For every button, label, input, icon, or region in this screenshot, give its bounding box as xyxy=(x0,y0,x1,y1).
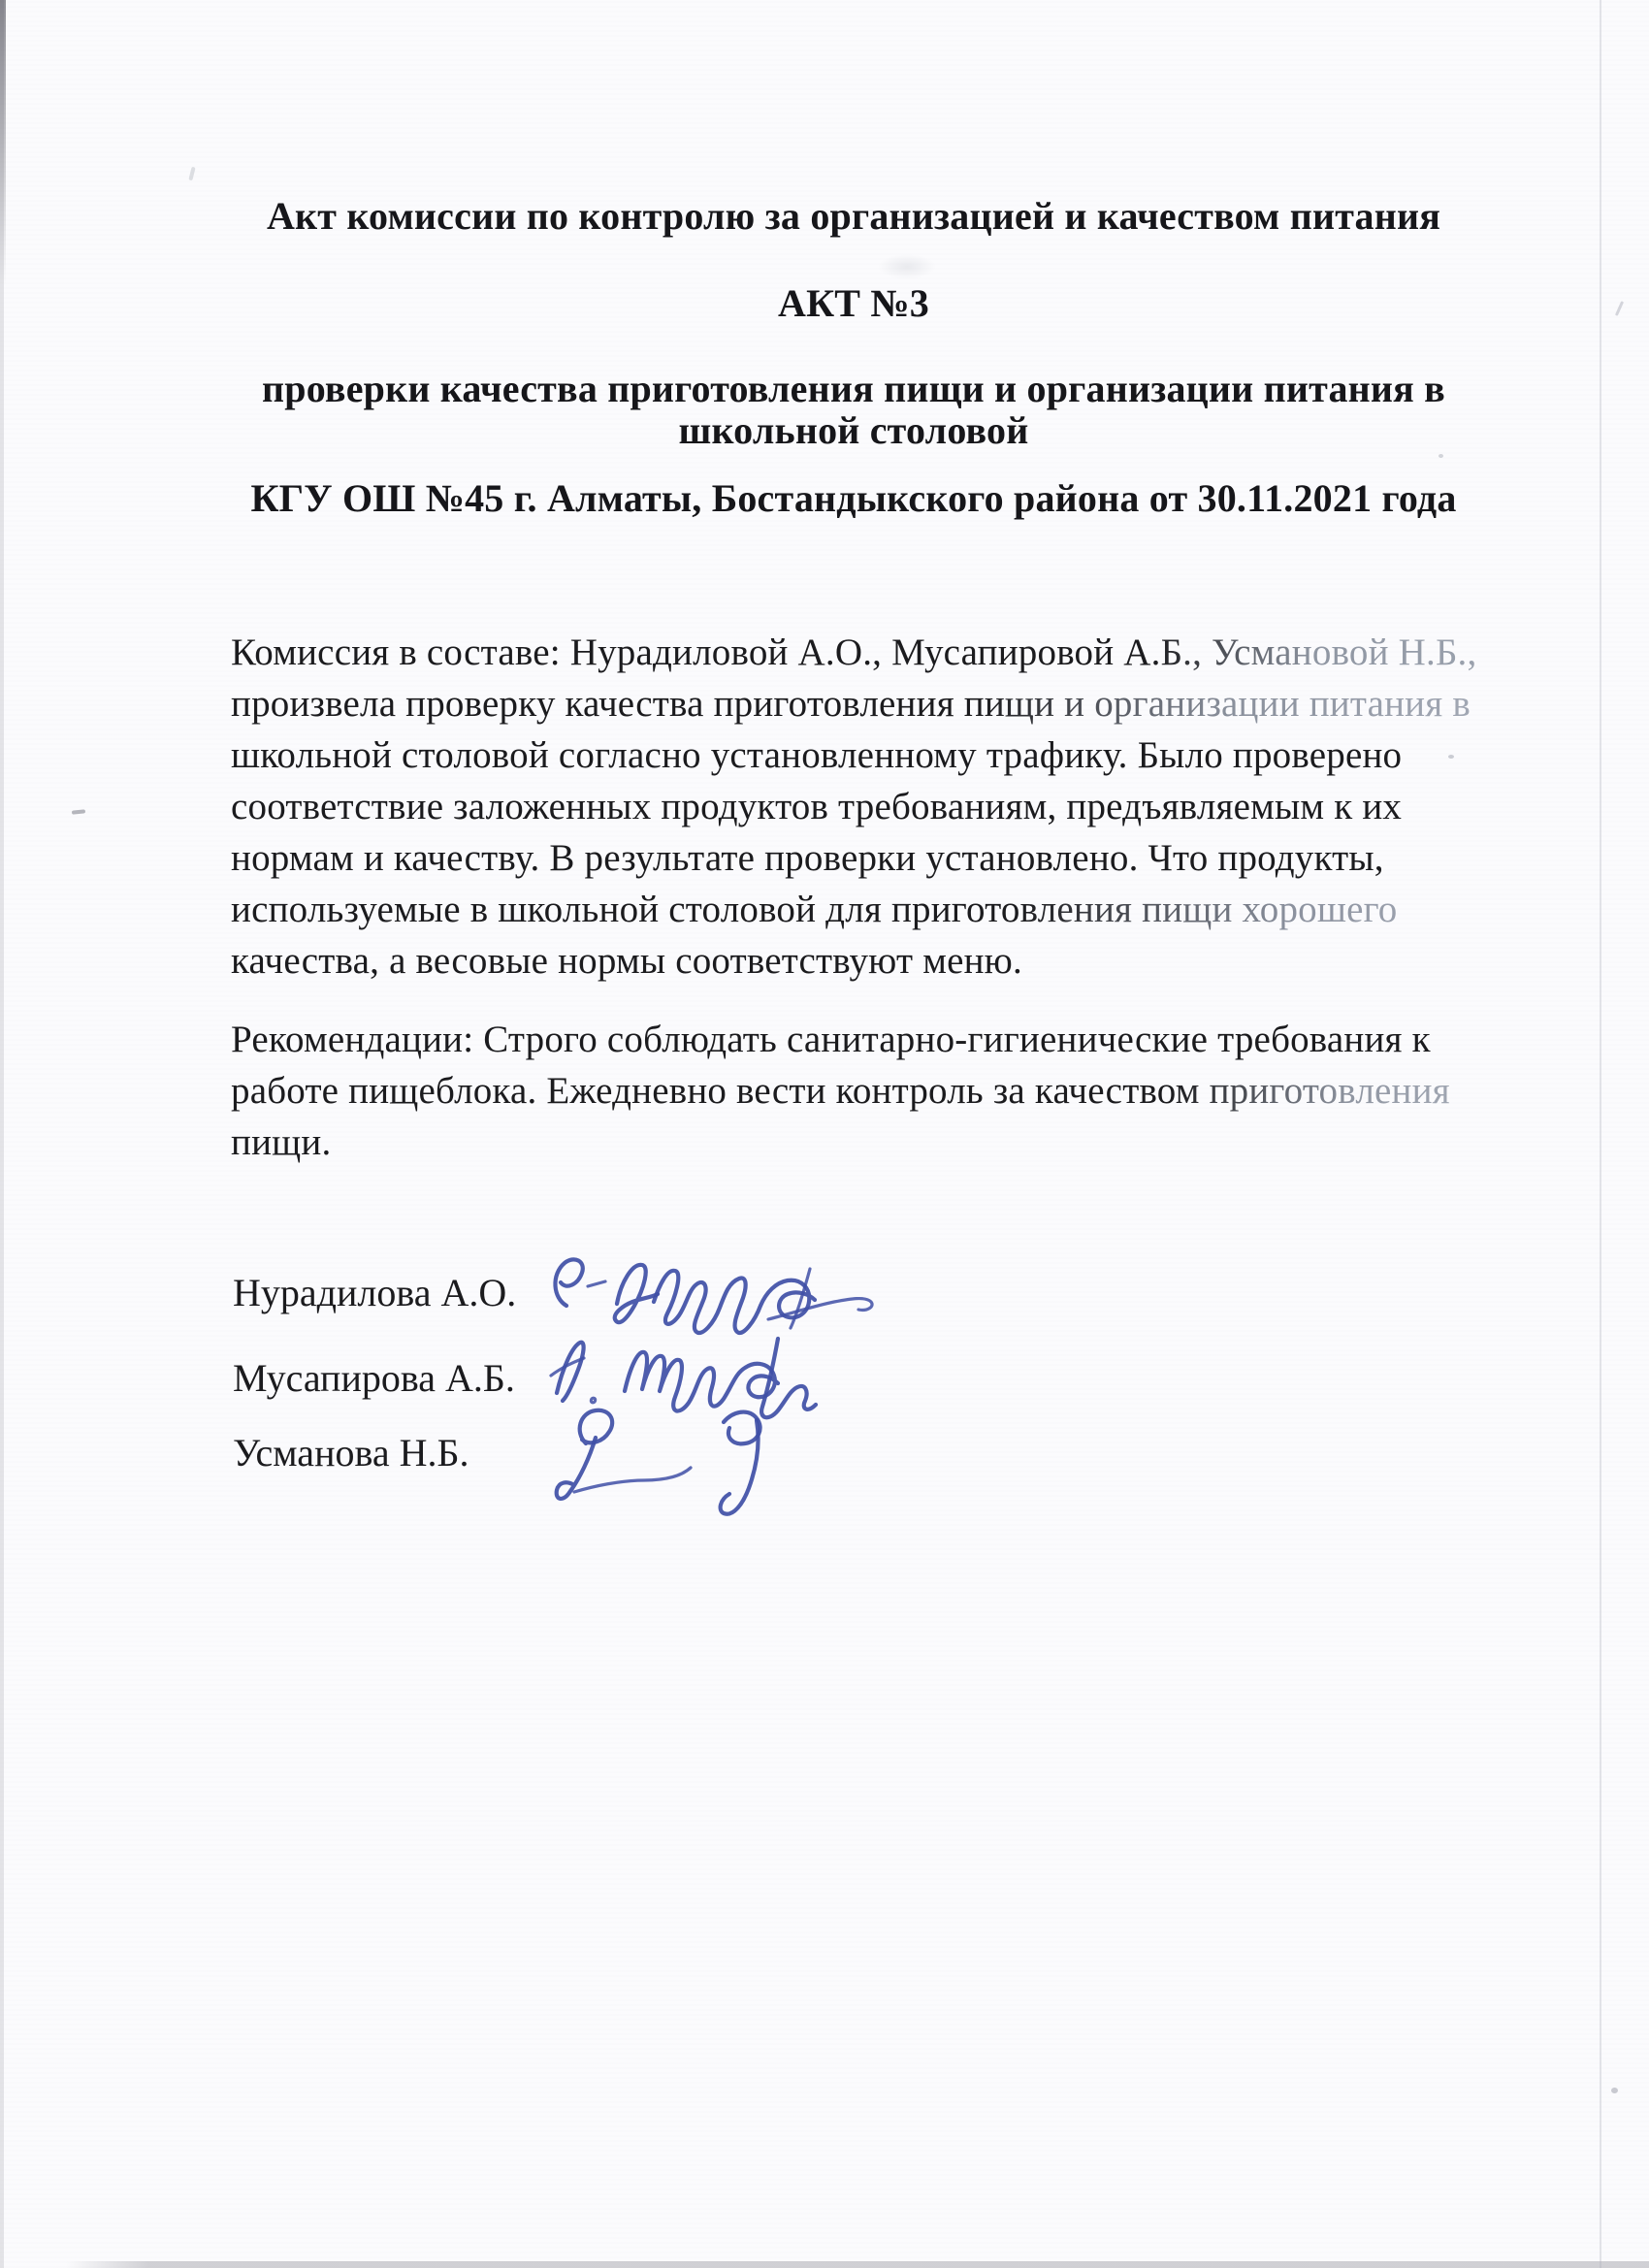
body-line: качества, а весовые нормы соответствуют … xyxy=(231,935,1476,987)
paragraph-recommendations: Рекомендации: Строго соблюдать санитарно… xyxy=(231,1014,1450,1168)
act-number: АКТ №3 xyxy=(204,282,1503,325)
signature-ink-nuradilova xyxy=(555,1259,872,1333)
signature-name-nuradilova: Нурадилова А.О. xyxy=(233,1271,516,1315)
act-commission-title: Акт комиссии по контролю за организацией… xyxy=(204,195,1503,238)
scan-smudge xyxy=(878,254,936,279)
body-line: пищи. xyxy=(231,1117,1450,1168)
scanner-bottom-edge xyxy=(0,2261,1649,2268)
body-line: соответствие заложенных продуктов требов… xyxy=(231,781,1476,832)
body-line: Комиссия в составе: Нурадиловой А.О., Му… xyxy=(231,627,1476,678)
body-line: Рекомендации: Строго соблюдать санитарно… xyxy=(231,1014,1450,1065)
act-org-date-line: КГУ ОШ №45 г. Алматы, Бостандыкского рай… xyxy=(204,477,1503,520)
signature-name-musapirova: Мусапирова А.Б. xyxy=(233,1356,515,1401)
act-subject-line-1: проверки качества приготовления пищи и о… xyxy=(204,368,1503,410)
scan-speck xyxy=(188,167,195,181)
scan-speck xyxy=(72,809,85,814)
scan-speck xyxy=(1439,454,1443,458)
body-line: нормам и качеству. В результате проверки… xyxy=(231,832,1476,884)
paragraph-commission: Комиссия в составе: Нурадиловой А.О., Му… xyxy=(231,627,1476,987)
signature-name-usmanova: Усманова Н.Б. xyxy=(233,1431,469,1475)
body-line: школьной столовой согласно установленном… xyxy=(231,729,1476,781)
body-line: работе пищеблока. Ежедневно вести контро… xyxy=(231,1065,1450,1117)
act-subject-line-2: школьной столовой xyxy=(204,409,1503,452)
scanned-document-page: Акт комиссии по контролю за организацией… xyxy=(0,0,1649,2268)
signature-ink-musapirova xyxy=(551,1339,816,1417)
scan-speck xyxy=(1611,2088,1618,2093)
handwritten-signatures xyxy=(524,1213,931,1562)
scanner-left-edge xyxy=(0,0,4,2268)
scanner-left-edge-dark xyxy=(0,0,6,310)
body-line: используемые в школьной столовой для при… xyxy=(231,884,1476,935)
scanner-vertical-line xyxy=(1600,0,1601,2268)
scan-speck xyxy=(1615,301,1624,316)
body-line: произвела проверку качества приготовлени… xyxy=(231,678,1476,729)
signature-ink-usmanova xyxy=(557,1410,760,1514)
